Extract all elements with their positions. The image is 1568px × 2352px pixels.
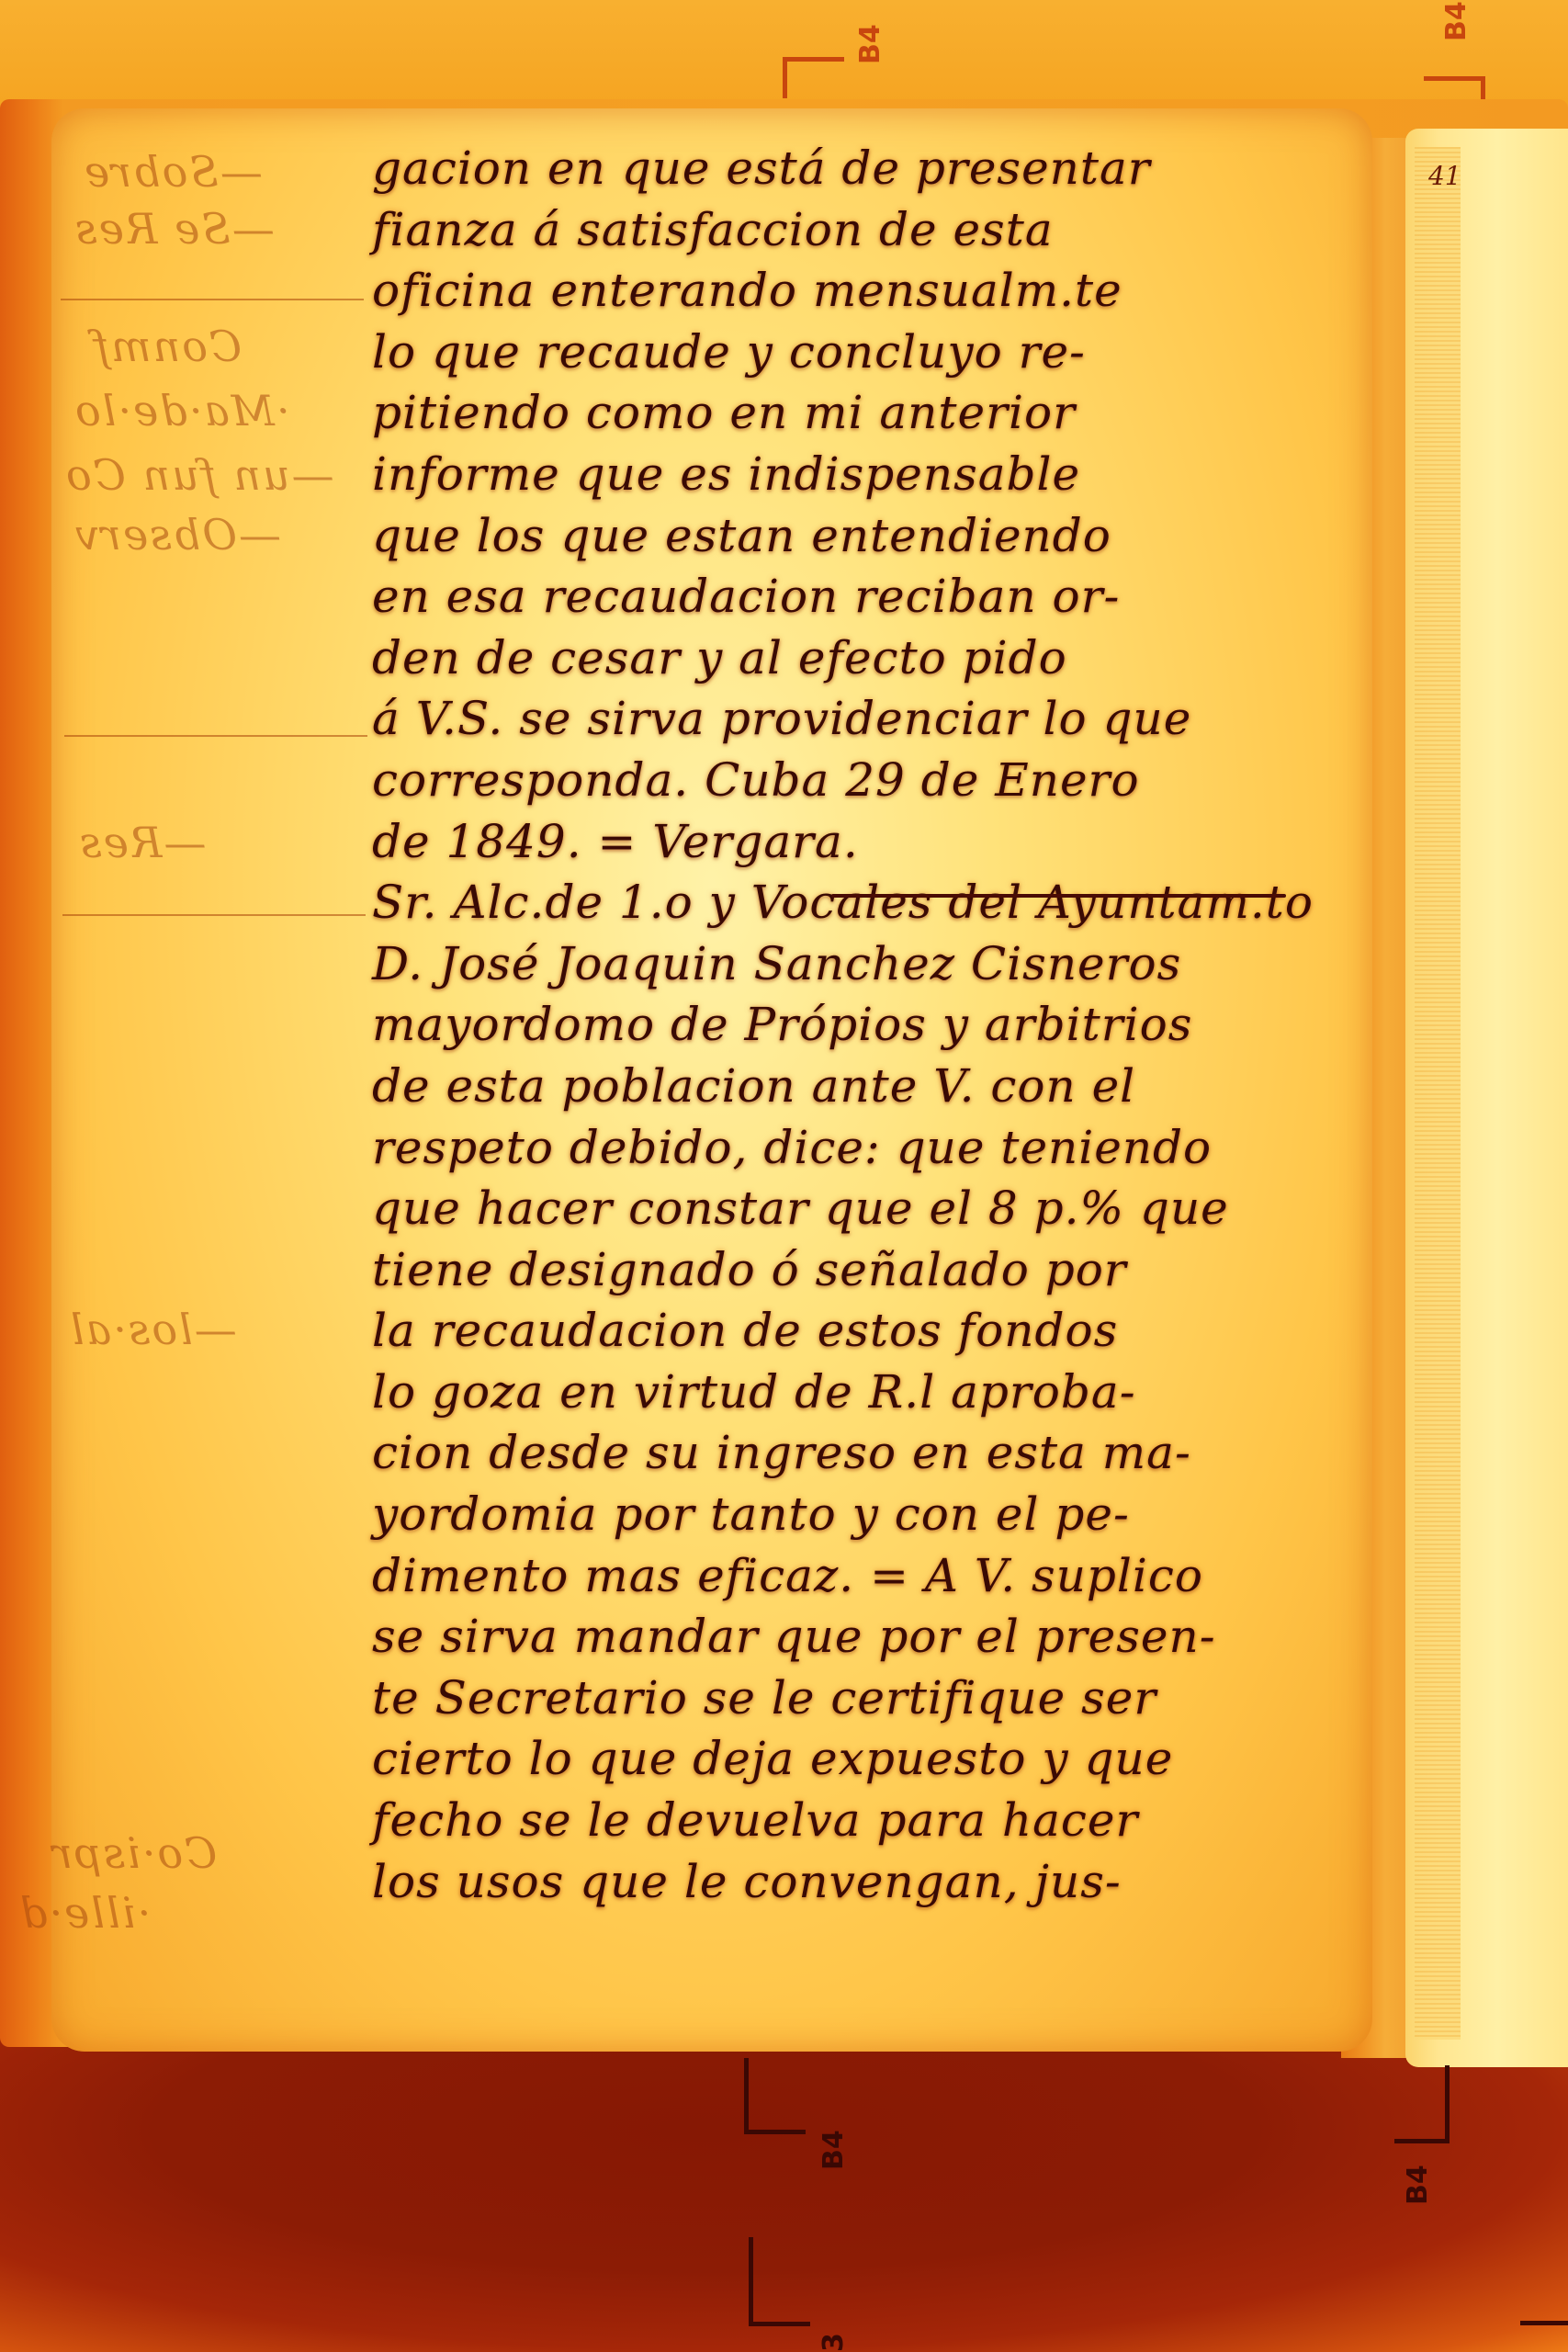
text-line: informe que es indispensable: [372, 444, 1337, 505]
text-line: lo que recaude y concluyo re-: [372, 322, 1337, 383]
text-line: corresponda. Cuba 29 de Enero: [372, 750, 1337, 811]
crop-mark-bottom-left-lower: [749, 2237, 810, 2326]
bleed-fragment: —un fun Co: [64, 450, 334, 500]
text-line: oficina enterando mensualm.te: [372, 260, 1337, 322]
crop-mark-bottom-right: [1394, 2065, 1450, 2143]
text-line: de esta poblacion ante V. con el: [372, 1056, 1337, 1117]
bleed-fragment: —Res: [78, 818, 206, 867]
text-line: pitiendo como en mi anterior: [372, 382, 1337, 444]
text-line: se sirva mandar que por el presen-: [372, 1606, 1337, 1668]
text-line: gacion en que está de presentar: [372, 138, 1337, 199]
bleed-fragment: —Sobre: [83, 147, 263, 197]
scan-label-top-left: B4: [854, 24, 886, 64]
text-line: fecho se le devuelva para hacer: [372, 1790, 1337, 1851]
text-line: que los que estan entendiendo: [372, 505, 1337, 567]
text-line: lo goza en virtud de R.l aproba-: [372, 1362, 1337, 1423]
text-line: mayordomo de Própios y arbitrios: [372, 994, 1337, 1056]
text-line: respeto debido, dice: que teniendo: [372, 1117, 1337, 1179]
signature-line: de 1849. = Vergara.: [372, 811, 1337, 873]
text-line: tiene designado ó señalado por: [372, 1239, 1337, 1301]
bleed-fragment: —Se Res: [73, 204, 275, 254]
gutter-ink-mark: 41: [1428, 161, 1461, 191]
crop-mark-bottom-left: [744, 2058, 806, 2134]
text-line: á V.S. se sirva providenciar lo que: [372, 688, 1337, 750]
text-line: la recaudacion de estos fondos: [372, 1300, 1337, 1362]
margin-rule: [61, 299, 364, 300]
signature-underline: [831, 894, 1286, 898]
text-line: dimento mas eficaz. = A V. suplico: [372, 1545, 1337, 1607]
bleed-fragment: ·ille·d: [18, 1888, 151, 1938]
text-line: yordomia por tanto y con el pe-: [372, 1484, 1337, 1545]
address-line: Sr. Alc.de 1.o y Vocales del Ayuntam.to: [372, 872, 1337, 933]
bleed-fragment: —los·al: [69, 1305, 237, 1354]
text-line: D. José Joaquin Sanchez Cisneros: [372, 933, 1337, 995]
text-line: en esa recaudacion reciban or-: [372, 566, 1337, 628]
crop-mark-top-left: [783, 57, 844, 98]
bleed-fragment: Conmf: [92, 322, 242, 371]
text-line: cierto lo que deja expuesto y que: [372, 1728, 1337, 1790]
scan-number-bottom: 3: [818, 2333, 850, 2352]
crop-mark-bottom-right-lower: [1520, 2321, 1568, 2325]
scan-label-bottom-right: B4: [1402, 2165, 1434, 2205]
manuscript-text: gacion en que está de presentar fianza á…: [372, 138, 1337, 1912]
text-line: fianza á satisfaccion de esta: [372, 199, 1337, 261]
bleed-fragment: —Observ: [73, 510, 281, 560]
scan-label-bottom-left: B4: [818, 2130, 850, 2170]
bleed-fragment: ·Ma·de·lo: [73, 386, 289, 435]
margin-rule: [62, 914, 366, 916]
bleed-fragment: Co·ispr: [51, 1828, 217, 1878]
margin-rule: [64, 735, 367, 737]
facing-page-edge: [1415, 147, 1461, 2040]
text-line: cion desde su ingreso en esta ma-: [372, 1422, 1337, 1484]
scan-label-top-right: B4: [1440, 1, 1472, 41]
text-line: que hacer constar que el 8 p.% que: [372, 1178, 1337, 1239]
text-line: te Secretario se le certifique ser: [372, 1668, 1337, 1729]
text-line: den de cesar y al efecto pido: [372, 628, 1337, 689]
text-line: los usos que le convengan, jus-: [372, 1851, 1337, 1913]
